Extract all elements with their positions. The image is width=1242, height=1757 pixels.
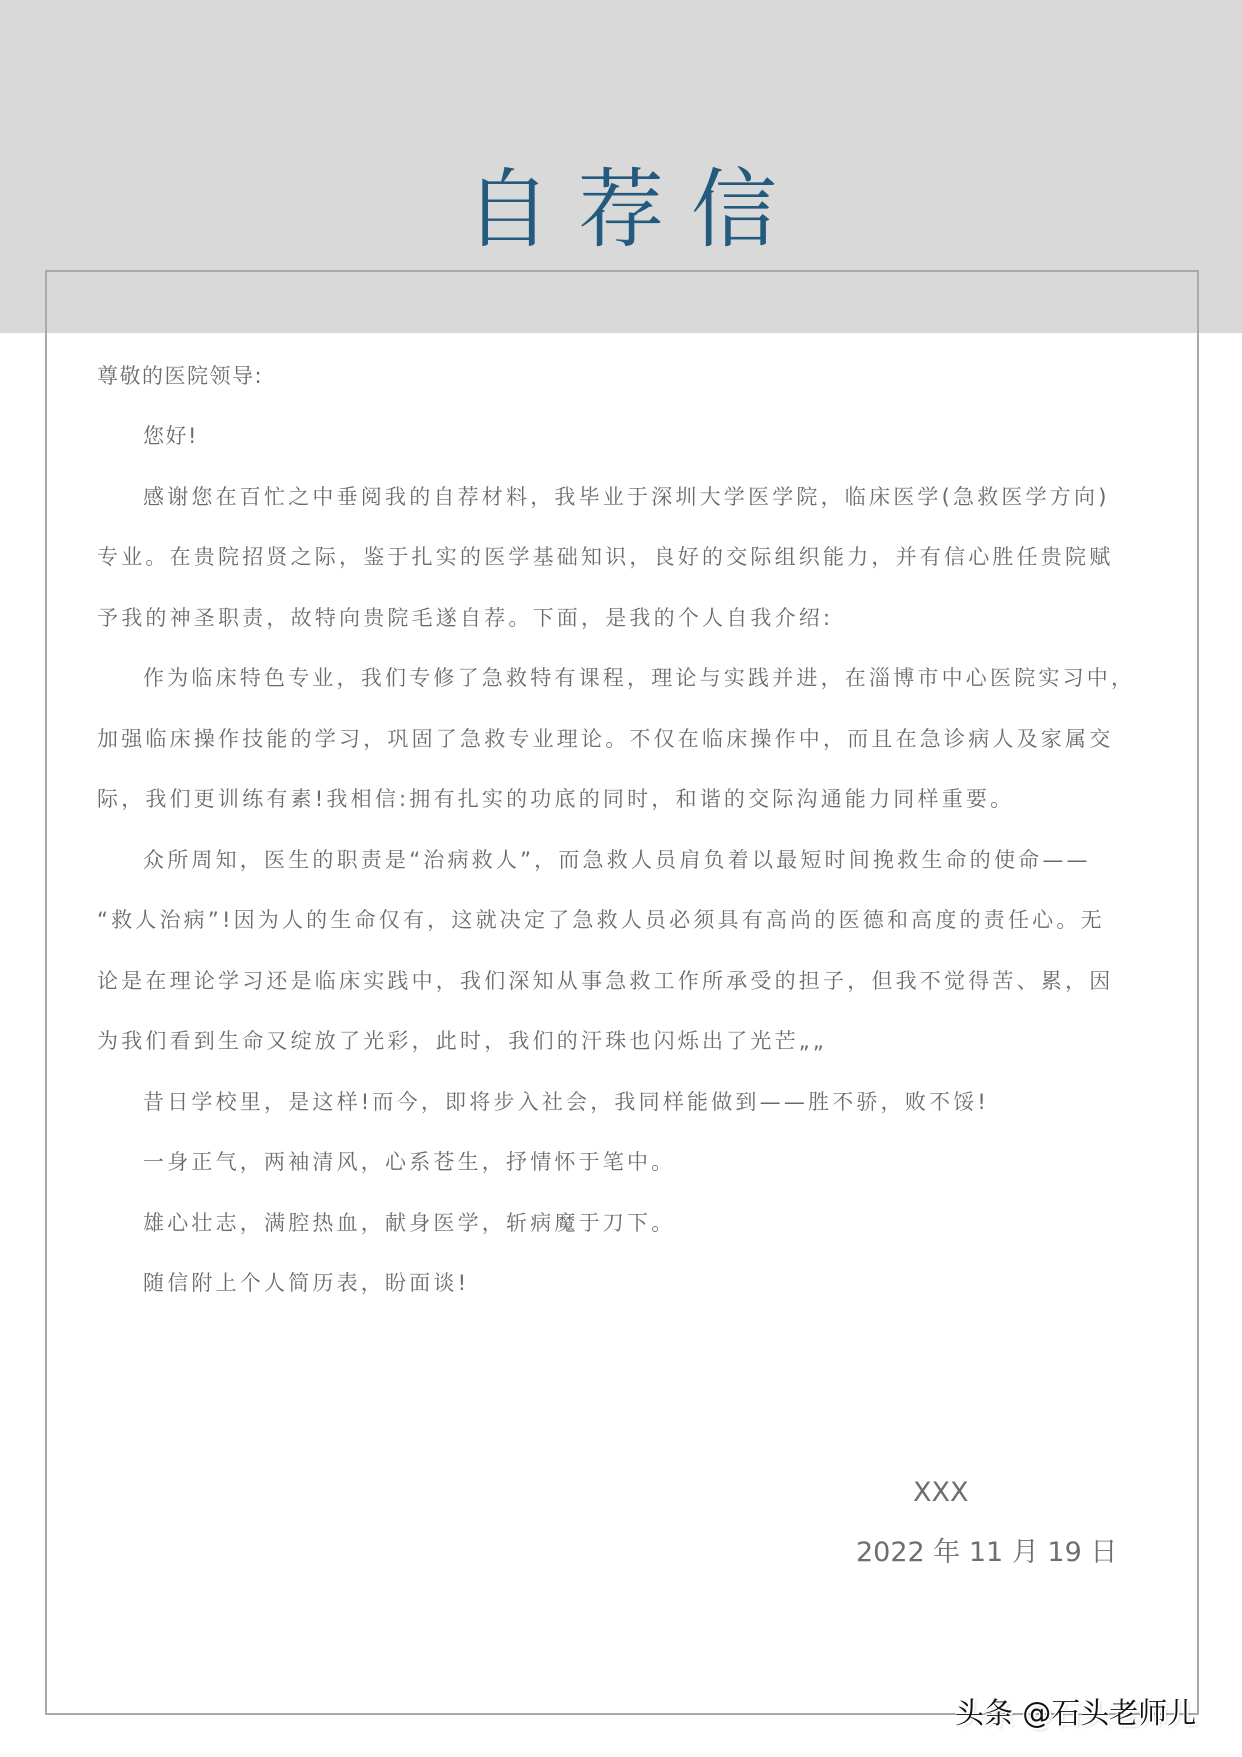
body-line: 为我们看到生命又绽放了光彩，此时，我们的汗珠也闪烁出了光芒„„	[97, 1026, 827, 1056]
body-line: 际，我们更训练有素!我相信:拥有扎实的功底的同时，和谐的交际沟通能力同样重要。	[97, 784, 1014, 814]
body-line: 感谢您在百忙之中垂阅我的自荐材料，我毕业于深圳大学医学院，临床医学(急救医学方向…	[143, 482, 1110, 512]
body-line: 昔日学校里，是这样!而今，即将步入社会，我同样能做到——胜不骄，败不馁!	[143, 1087, 989, 1117]
body-line: 众所周知，医生的职责是“治病救人”，而急救人员肩负着以最短时间挽救生命的使命——	[143, 845, 1091, 875]
signature-date: 2022 年 11 月 19 日	[856, 1535, 1117, 1571]
page-title: 自荐信	[0, 150, 1242, 270]
body-line: 雄心壮志，满腔热血，献身医学，斩病魔于刀下。	[143, 1208, 675, 1238]
signature-name: XXX	[913, 1475, 969, 1511]
body-line: 论是在理论学习还是临床实践中，我们深知从事急救工作所承受的担子，但我不觉得苦、累…	[97, 966, 1113, 996]
body-line: 作为临床特色专业，我们专修了急救特有课程，理论与实践并进，在淄博市中心医院实习中…	[143, 663, 1135, 693]
body-line: “救人治病”!因为人的生命仅有，这就决定了急救人员必须具有高尚的医德和高度的责任…	[97, 905, 1105, 935]
body-line: 加强临床操作技能的学习，巩固了急救专业理论。不仅在临床操作中，而且在急诊病人及家…	[97, 724, 1113, 754]
salutation: 尊敬的医院领导:	[97, 361, 263, 391]
watermark: 头条 @石头老师儿	[955, 1694, 1196, 1732]
body-line: 一身正气，两袖清风，心系苍生，抒情怀于笔中。	[143, 1147, 675, 1177]
body-line: 专业。在贵院招贤之际，鉴于扎实的医学基础知识，良好的交际组织能力，并有信心胜任贵…	[97, 542, 1113, 572]
body-line: 予我的神圣职责，故特向贵院毛遂自荐。下面，是我的个人自我介绍:	[97, 603, 833, 633]
body-line: 随信附上个人简历表，盼面谈!	[143, 1268, 469, 1298]
greeting: 您好!	[143, 421, 198, 451]
